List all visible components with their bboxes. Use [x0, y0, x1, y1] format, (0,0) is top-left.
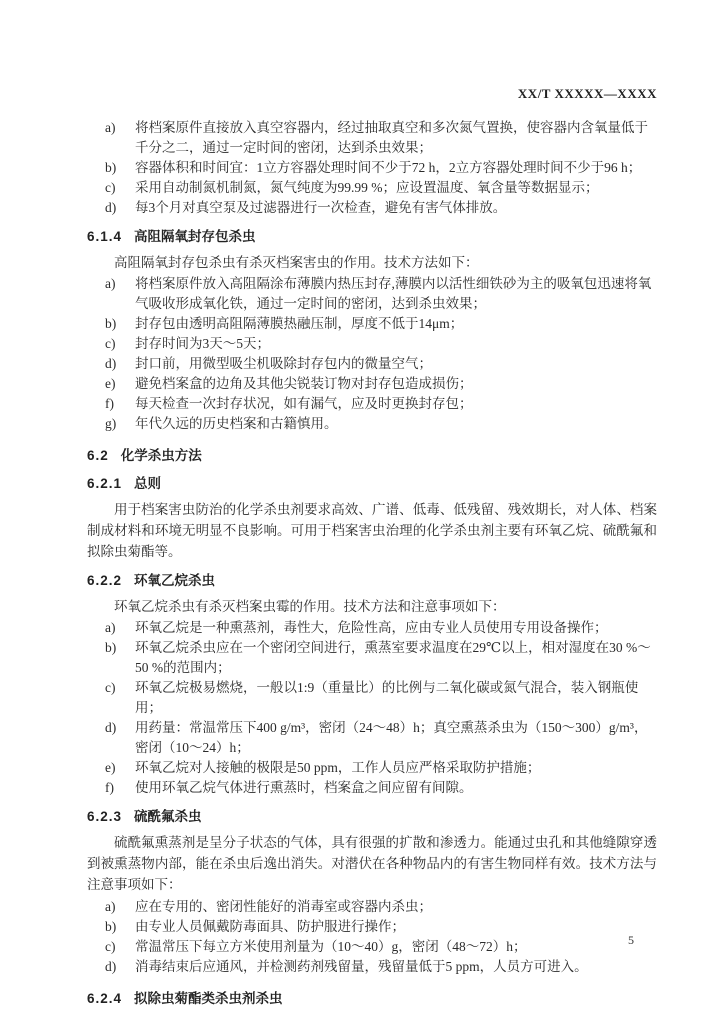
clause-paragraph: 用于档案害虫防治的化学杀虫剂要求高效、广谱、低毒、低残留、残效期长，对人体、档案…: [87, 499, 657, 562]
list-item-marker: g): [105, 414, 135, 434]
list-item: f) 每天检查一次封存状况，如有漏气，应及时更换封存包；: [105, 394, 657, 414]
list-item: e) 避免档案盒的边角及其他尖锐装订物对封存包造成损伤；: [105, 374, 657, 394]
list-item: f) 使用环氧乙烷气体进行熏蒸时，档案盒之间应留有间隙。: [105, 778, 657, 798]
clause-title: 硫酰氟杀虫: [134, 809, 202, 824]
clause-title: 环氧乙烷杀虫: [134, 573, 215, 588]
list-item-marker: d): [105, 198, 135, 218]
list-item: a) 环氧乙烷是一种熏蒸剂，毒性大，危险性高，应由专业人员使用专用设备操作；: [105, 618, 657, 638]
list-item-marker: a): [105, 897, 135, 917]
list-item: g) 年代久远的历史档案和古籍慎用。: [105, 414, 657, 434]
clause-number: 6.1.4: [87, 229, 122, 244]
clause-paragraph: 硫酰氟熏蒸剂是呈分子状态的气体，具有很强的扩散和渗透力。能通过虫孔和其他缝隙穿透…: [87, 832, 657, 895]
list-item-marker: d): [105, 957, 135, 977]
list-item-text: 环氧乙烷杀虫应在一个密闭空间进行，熏蒸室要求温度在29℃以上，相对湿度在30 %…: [135, 638, 657, 678]
list-item-marker: a): [105, 118, 135, 158]
clause-heading-6-2-3: 6.2.3硫酰氟杀虫: [87, 807, 657, 826]
list-item-text: 每天检查一次封存状况，如有漏气，应及时更换封存包；: [135, 394, 657, 414]
list-item-marker: f): [105, 394, 135, 414]
list-item-marker: a): [105, 618, 135, 638]
list-item: b) 环氧乙烷杀虫应在一个密闭空间进行，熏蒸室要求温度在29℃以上，相对湿度在3…: [105, 638, 657, 678]
list-6-2-2: a) 环氧乙烷是一种熏蒸剂，毒性大，危险性高，应由专业人员使用专用设备操作； b…: [87, 618, 657, 798]
list-6-2-3: a) 应在专用的、密闭性能好的消毒室或容器内杀虫； b) 由专业人员佩戴防毒面具…: [87, 897, 657, 977]
list-item: c) 封存时间为3天～5天；: [105, 334, 657, 354]
list-item: b) 由专业人员佩戴防毒面具、防护服进行操作；: [105, 917, 657, 937]
list-item-text: 环氧乙烷是一种熏蒸剂，毒性大，危险性高，应由专业人员使用专用设备操作；: [135, 618, 657, 638]
clause-title: 化学杀虫方法: [121, 448, 202, 463]
list-item-text: 环氧乙烷对人接触的极限是50 ppm，工作人员应严格采取防护措施；: [135, 758, 657, 778]
list-item-text: 由专业人员佩戴防毒面具、防护服进行操作；: [135, 917, 657, 937]
list-item: d) 消毒结束后应通风，并检测药剂残留量，残留量低于5 ppm，人员方可进入。: [105, 957, 657, 977]
list-item-marker: c): [105, 178, 135, 198]
list-item: e) 环氧乙烷对人接触的极限是50 ppm，工作人员应严格采取防护措施；: [105, 758, 657, 778]
list-item-text: 封口前，用微型吸尘机吸除封存包内的微量空气；: [135, 354, 657, 374]
list-item: d) 每3个月对真空泵及过滤器进行一次检查，避免有害气体排放。: [105, 198, 657, 218]
list-item-marker: f): [105, 778, 135, 798]
list-6-1-4: a) 将档案原件放入高阻隔涂布薄膜内热压封存,薄膜内以活性细铁砂为主的吸氧包迅速…: [87, 274, 657, 434]
clause-heading-6-1-4: 6.1.4高阻隔氧封存包杀虫: [87, 227, 657, 246]
list-6-1-3: a) 将档案原件直接放入真空容器内，经过抽取真空和多次氮气置换，使容器内含氧量低…: [87, 118, 657, 218]
clause-intro: 高阻隔氧封存包杀虫有杀灭档案害虫的作用。技术方法如下：: [87, 252, 657, 273]
list-item-marker: d): [105, 718, 135, 758]
list-item: b) 容器体积和时间宜：1立方容器处理时间不少于72 h，2立方容器处理时间不少…: [105, 158, 657, 178]
document-page: XX/T XXXXX—XXXX a) 将档案原件直接放入真空容器内，经过抽取真空…: [0, 0, 720, 1019]
clause-number: 6.2.1: [87, 476, 122, 491]
clause-heading-6-2-2: 6.2.2环氧乙烷杀虫: [87, 571, 657, 590]
list-item-marker: b): [105, 638, 135, 678]
clause-intro: 环氧乙烷杀虫有杀灭档案虫霉的作用。技术方法和注意事项如下：: [87, 596, 657, 617]
list-item-text: 容器体积和时间宜：1立方容器处理时间不少于72 h，2立方容器处理时间不少于96…: [135, 158, 657, 178]
list-item: c) 环氧乙烷极易燃烧，一般以1:9（重量比）的比例与二氧化碳或氮气混合，装入钢…: [105, 678, 657, 718]
list-item-text: 使用环氧乙烷气体进行熏蒸时，档案盒之间应留有间隙。: [135, 778, 657, 798]
page-content: XX/T XXXXX—XXXX a) 将档案原件直接放入真空容器内，经过抽取真空…: [87, 86, 657, 1014]
list-item-marker: d): [105, 354, 135, 374]
clause-number: 6.2.2: [87, 573, 122, 588]
clause-title: 高阻隔氧封存包杀虫: [134, 229, 256, 244]
clause-number: 6.2.4: [87, 991, 122, 1006]
list-item-marker: b): [105, 917, 135, 937]
list-item-marker: e): [105, 374, 135, 394]
list-item: a) 将档案原件直接放入真空容器内，经过抽取真空和多次氮气置换，使容器内含氧量低…: [105, 118, 657, 158]
clause-number: 6.2.3: [87, 809, 122, 824]
list-item-marker: c): [105, 334, 135, 354]
list-item-marker: a): [105, 274, 135, 314]
list-item: c) 常温常压下每立方米使用剂量为（10～40）g，密闭（48～72）h；: [105, 937, 657, 957]
list-item-marker: b): [105, 158, 135, 178]
list-item-marker: e): [105, 758, 135, 778]
list-item: d) 封口前，用微型吸尘机吸除封存包内的微量空气；: [105, 354, 657, 374]
list-item-text: 封存时间为3天～5天；: [135, 334, 657, 354]
list-item: a) 应在专用的、密闭性能好的消毒室或容器内杀虫；: [105, 897, 657, 917]
list-item-text: 将档案原件放入高阻隔涂布薄膜内热压封存,薄膜内以活性细铁砂为主的吸氧包迅速将氧气…: [135, 274, 657, 314]
list-item-text: 环氧乙烷极易燃烧，一般以1:9（重量比）的比例与二氧化碳或氮气混合，装入钢瓶使用…: [135, 678, 657, 718]
list-item: c) 采用自动制氮机制氮，氮气纯度为99.99 %；应设置温度、氧含量等数据显示…: [105, 178, 657, 198]
clause-heading-6-2-4: 6.2.4拟除虫菊酯类杀虫剂杀虫: [87, 989, 657, 1008]
clause-title: 总则: [134, 476, 161, 491]
list-item-text: 采用自动制氮机制氮，氮气纯度为99.99 %；应设置温度、氧含量等数据显示；: [135, 178, 657, 198]
doc-code-header: XX/T XXXXX—XXXX: [87, 86, 657, 102]
list-item-marker: c): [105, 937, 135, 957]
list-item-text: 年代久远的历史档案和古籍慎用。: [135, 414, 657, 434]
list-item: a) 将档案原件放入高阻隔涂布薄膜内热压封存,薄膜内以活性细铁砂为主的吸氧包迅速…: [105, 274, 657, 314]
clause-heading-6-2-1: 6.2.1总则: [87, 474, 657, 493]
clause-title: 拟除虫菊酯类杀虫剂杀虫: [134, 991, 283, 1006]
list-item-text: 消毒结束后应通风，并检测药剂残留量，残留量低于5 ppm，人员方可进入。: [135, 957, 657, 977]
page-number: 5: [628, 933, 634, 948]
clause-number: 6.2: [87, 448, 109, 463]
list-item-marker: b): [105, 314, 135, 334]
list-item-text: 用药量：常温常压下400 g/m³，密闭（24～48）h；真空熏蒸杀虫为（150…: [135, 718, 657, 758]
list-item: d) 用药量：常温常压下400 g/m³，密闭（24～48）h；真空熏蒸杀虫为（…: [105, 718, 657, 758]
list-item-text: 将档案原件直接放入真空容器内，经过抽取真空和多次氮气置换，使容器内含氧量低于千分…: [135, 118, 657, 158]
list-item-text: 应在专用的、密闭性能好的消毒室或容器内杀虫；: [135, 897, 657, 917]
list-item: b) 封存包由透明高阻隔薄膜热融压制，厚度不低于14μm；: [105, 314, 657, 334]
list-item-marker: c): [105, 678, 135, 718]
clause-heading-6-2: 6.2化学杀虫方法: [87, 446, 657, 465]
list-item-text: 常温常压下每立方米使用剂量为（10～40）g，密闭（48～72）h；: [135, 937, 657, 957]
list-item-text: 避免档案盒的边角及其他尖锐装订物对封存包造成损伤；: [135, 374, 657, 394]
list-item-text: 封存包由透明高阻隔薄膜热融压制，厚度不低于14μm；: [135, 314, 657, 334]
list-item-text: 每3个月对真空泵及过滤器进行一次检查，避免有害气体排放。: [135, 198, 657, 218]
